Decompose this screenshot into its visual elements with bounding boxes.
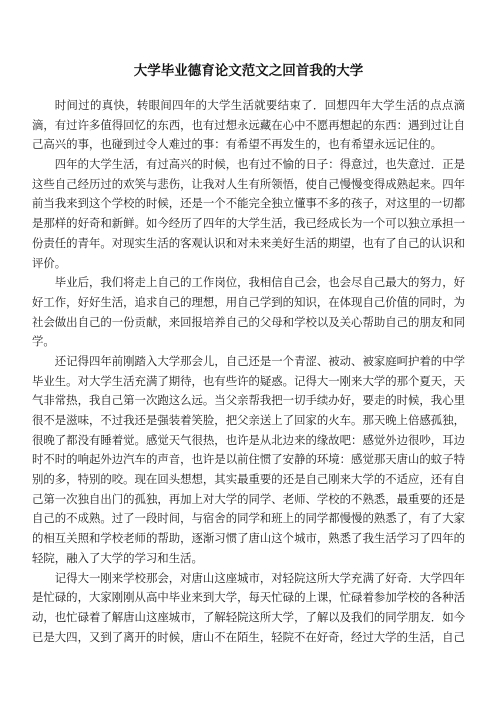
document-page: 大学毕业德育论文范文之回首我的大学 时间过的真快，转眼间四年的大学生活就要结束了…	[0, 0, 496, 702]
paragraph-3: 毕业后，我们将走上自己的工作岗位，我相信自己会，也会尽自己最大的努力，好好工作，…	[32, 274, 465, 353]
document-title: 大学毕业德育论文范文之回首我的大学	[32, 61, 465, 80]
paragraph-5: 记得大一刚来学校那会，对唐山这座城市，对轻院这所大学充满了好奇．大学四年是忙碌的…	[32, 570, 465, 649]
paragraph-1: 时间过的真快，转眼间四年的大学生活就要结束了．回想四年大学生活的点点滴滴，有过许…	[32, 97, 465, 156]
document-body: 时间过的真快，转眼间四年的大学生活就要结束了．回想四年大学生活的点点滴滴，有过许…	[32, 97, 465, 648]
paragraph-2: 四年的大学生活，有过高兴的时候，也有过不愉的日子：得意过，也失意过．正是这些自己…	[32, 156, 465, 274]
paragraph-4: 还记得四年前刚踏入大学那会儿，自己还是一个青涩、被动、被家庭呵护着的中学毕业生。…	[32, 353, 465, 570]
